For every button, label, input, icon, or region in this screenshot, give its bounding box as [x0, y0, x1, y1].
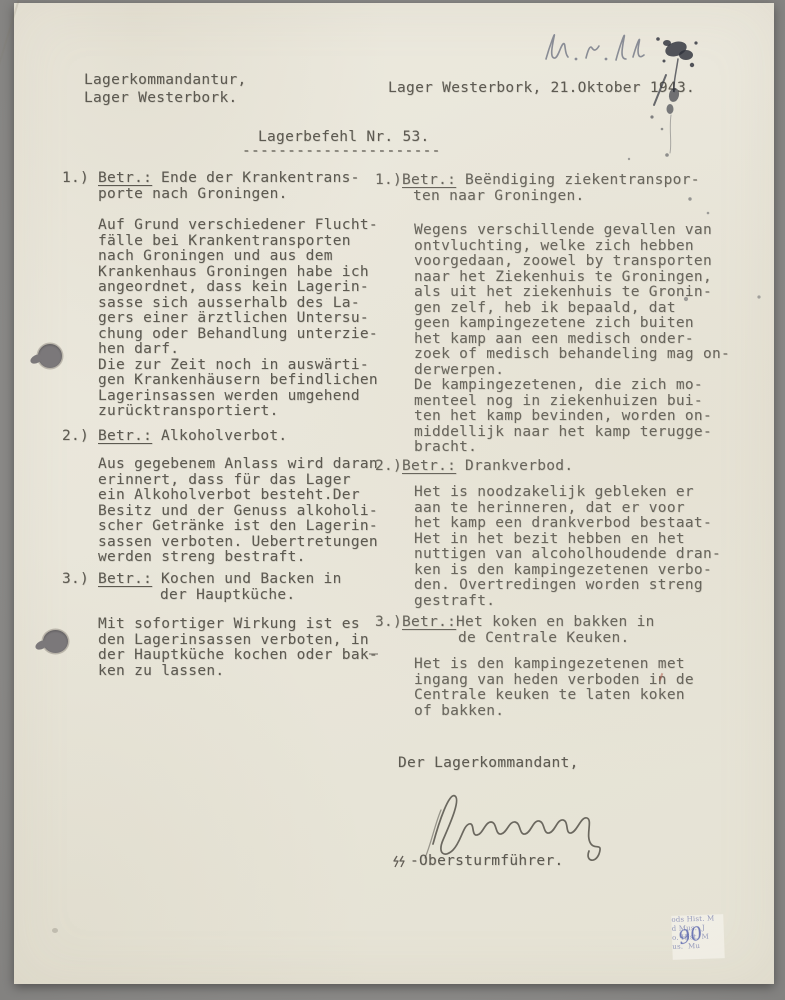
- ss-runes-icon: [393, 855, 409, 868]
- section-number: 1.): [375, 173, 402, 189]
- section-heading-line2: de Centrale Keuken.: [458, 631, 630, 647]
- section-body: Auf Grund verschiedener Flucht-fälle bei…: [98, 218, 378, 420]
- document-page: Lagerkommandantur, Lager Westerbork. Lag…: [14, 3, 774, 984]
- section-body: Mit sofortiger Wirkung ist esden Lagerin…: [98, 617, 378, 679]
- section-body: Het is noodzakelijk gebleken eraan te he…: [414, 485, 721, 609]
- section-heading: Kochen und Backen in: [161, 572, 342, 588]
- paper-crease: [0, 0, 20, 112]
- section-number: 3.): [62, 572, 89, 588]
- section-number: 2.): [62, 429, 89, 445]
- betreff-label: Betr.:: [98, 572, 152, 588]
- section-heading: Drankverbod.: [465, 459, 573, 475]
- section-body: Het is den kampingezetenen metingang van…: [414, 657, 694, 719]
- closing-line: Der Lagerkommandant,: [398, 756, 579, 772]
- betreff-label: Betr.:: [402, 615, 456, 631]
- sender-line2: Lager Westerbork.: [84, 91, 238, 107]
- photo-background: Lagerkommandantur, Lager Westerbork. Lag…: [0, 0, 785, 1000]
- section-body: Aus gegebenem Anlass wird daranerinnert,…: [98, 457, 378, 566]
- rank-line: -Obersturmführer.: [410, 854, 564, 870]
- section-number: 1.): [62, 171, 89, 187]
- section-number: 3.): [375, 615, 402, 631]
- section-heading-line2: der Hauptküche.: [160, 588, 295, 604]
- section-heading-line2: ten naar Groningen.: [413, 189, 585, 205]
- stray-pencil-mark: [369, 653, 378, 655]
- sender-line1: Lagerkommandantur,: [84, 73, 247, 89]
- title-underline: ----------------------: [242, 144, 441, 160]
- betreff-label: Betr.:: [402, 459, 456, 475]
- section-heading: Ende der Krankentrans-: [161, 171, 360, 187]
- paper-smudge: [52, 928, 58, 933]
- betreff-label: Betr.:: [98, 171, 152, 187]
- betreff-label: Betr.:: [402, 173, 456, 189]
- punch-hole-icon: [38, 344, 62, 368]
- section-heading: Het koken en bakken in: [456, 615, 655, 631]
- section-heading: Alkoholverbot.: [161, 429, 287, 445]
- ink-blot-icon: [604, 13, 784, 313]
- section-number: 2.): [375, 459, 402, 475]
- punch-hole-icon: [43, 630, 68, 653]
- betreff-label: Betr.:: [98, 429, 152, 445]
- section-heading-line2: porte nach Groningen.: [98, 187, 288, 203]
